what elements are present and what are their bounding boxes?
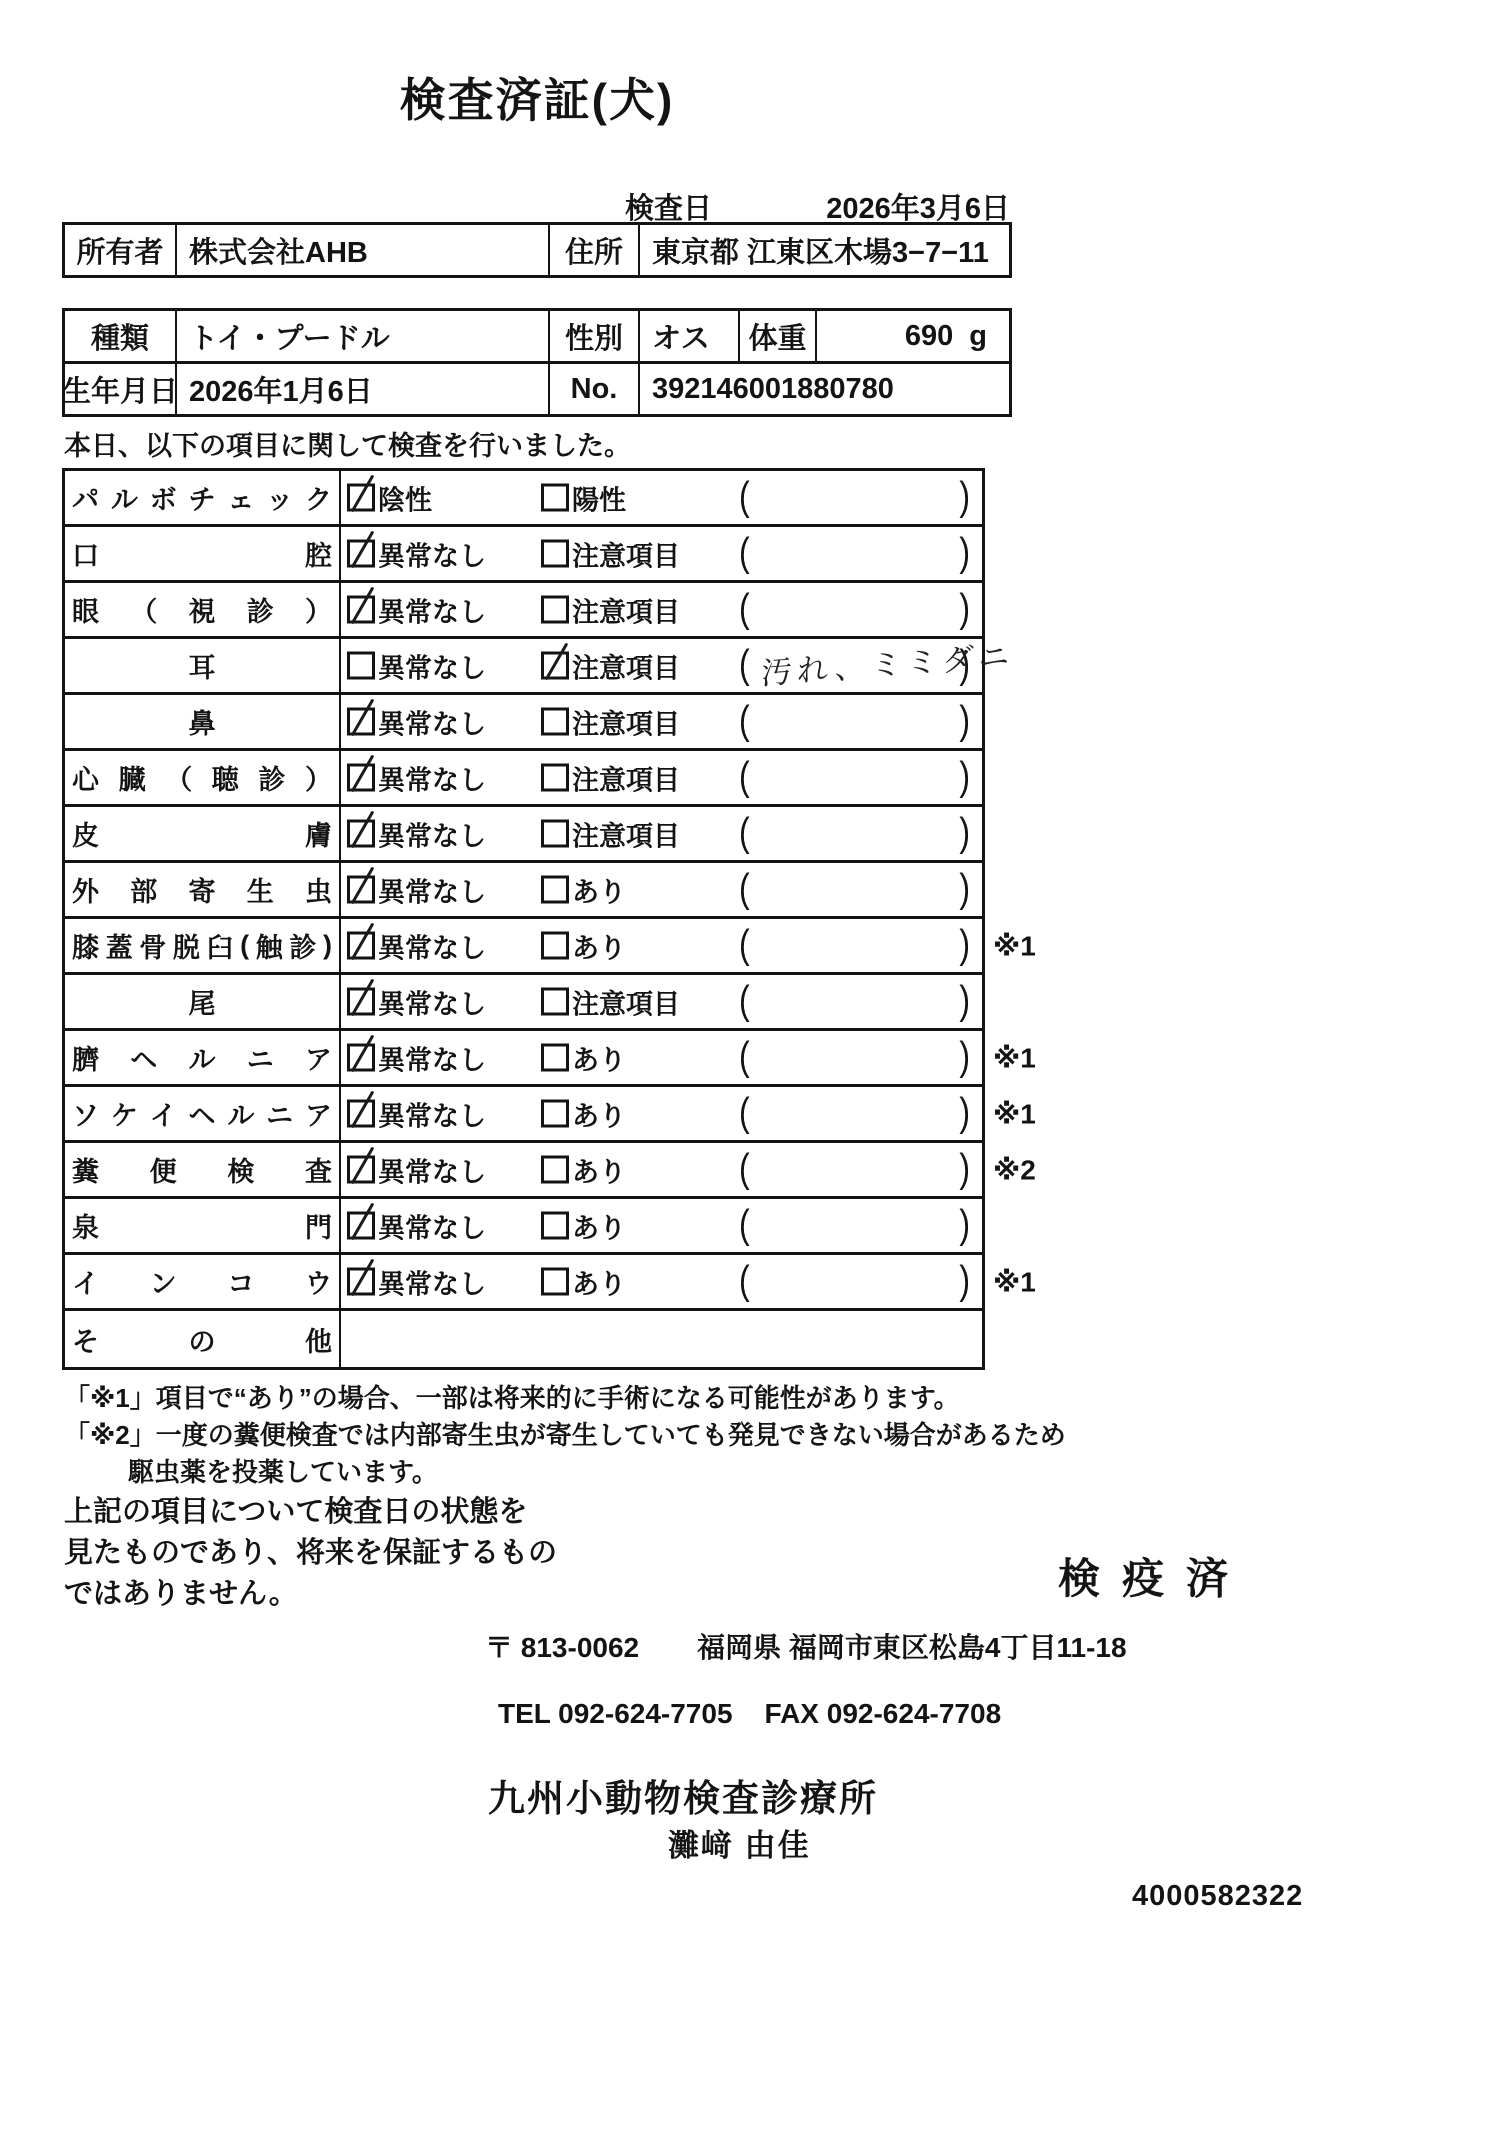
note-open-paren: ( [739, 1033, 750, 1079]
option: 異常なし [347, 926, 486, 965]
note-open-paren: ( [739, 1089, 750, 1135]
option-label: あり [572, 870, 626, 909]
note-close-paren: ) [959, 1089, 970, 1135]
option-label: 異常なし [378, 1206, 486, 1245]
address-value: 東京都 江東区木場3−7−11 [638, 225, 1009, 275]
option-label: 注意項目 [572, 982, 680, 1021]
breed-label: 種類 [65, 311, 175, 361]
clinic-tel: TEL 092-624-7705 [498, 1698, 733, 1729]
checklist-row-content: 異常なし注意項目() [341, 695, 982, 748]
checklist-row-content: 異常なし注意項目() [341, 751, 982, 804]
checklist-item-label: 眼（視診） [65, 583, 341, 636]
note-open-paren: ( [739, 585, 750, 631]
option: 異常なし [347, 758, 486, 797]
option: 異常なし [347, 870, 486, 909]
clinic-postal-line: 〒 813-0062福岡県 福岡市東区松島4丁目11-18 [485, 1626, 1127, 1666]
checklist-row-content: 陰性陽性() [341, 471, 982, 524]
checkbox-empty-icon [541, 820, 569, 848]
checklist-row: 眼（視診） 異常なし注意項目() [65, 583, 982, 639]
option-label: 異常なし [378, 814, 486, 853]
clinic-address: 福岡県 福岡市東区松島4丁目11-18 [697, 1632, 1126, 1663]
checkbox-empty-icon [541, 484, 569, 512]
checklist-item-label: インコウ [65, 1255, 341, 1308]
scanned-inspection-certificate: 検査済証(犬) 検査日 2026年3月6日 所有者 株式会社AHB 住所 東京都… [0, 0, 1512, 2150]
option-label: 注意項目 [572, 590, 680, 629]
sex-label: 性別 [548, 311, 638, 361]
checklist-row-content: 異常なし注意項目() [341, 583, 982, 636]
note-open-paren: ( [739, 809, 750, 855]
checklist-row-content: 異常なしあり() [341, 863, 982, 916]
option: 異常なし [347, 1038, 486, 1077]
checklist-item-label: パルボチェック [65, 471, 341, 524]
clinic-tel-line: TEL 092-624-7705FAX 092-624-7708 [498, 1698, 1001, 1730]
checkbox-checked-icon [347, 596, 375, 624]
option-label: 注意項目 [572, 758, 680, 797]
checklist-row: 口腔 異常なし注意項目() [65, 527, 982, 583]
checklist-row: インコウ 異常なしあり() ※1 [65, 1255, 982, 1311]
checklist-row: 耳 異常なし注意項目()汚れ、ミミダニ [65, 639, 982, 695]
weight-unit: g [969, 320, 987, 353]
weight-label: 体重 [738, 311, 815, 361]
footnote-marker: ※2 [993, 1153, 1036, 1186]
option-label: 注意項目 [572, 646, 680, 685]
checklist-row: その他 [65, 1311, 982, 1367]
option-label: あり [572, 1038, 626, 1077]
checklist-item-label: 膝蓋骨脱臼(触診) [65, 919, 341, 972]
checklist-row-content: 異常なしあり() [341, 1199, 982, 1252]
option: 注意項目 [541, 646, 680, 685]
checkbox-empty-icon [541, 932, 569, 960]
note-close-paren: ) [959, 865, 970, 911]
inspection-date-label: 検査日 [625, 186, 712, 227]
inspection-date-row: 検査日 2026年3月6日 [62, 186, 1012, 222]
option-label: 異常なし [378, 1038, 486, 1077]
option: 異常なし [347, 814, 486, 853]
note-open-paren: ( [739, 1201, 750, 1247]
disclaimer-line: 見たものであり、将来を保証するもの [64, 1533, 557, 1574]
checkbox-empty-icon [541, 988, 569, 1016]
checkbox-empty-icon [347, 652, 375, 680]
clinic-fax: FAX 092-624-7708 [765, 1698, 1002, 1729]
option: 異常なし [347, 1262, 486, 1301]
option-label: 異常なし [378, 926, 486, 965]
checkbox-checked-icon [541, 652, 569, 680]
note-open-paren: ( [739, 921, 750, 967]
checklist-item-label: 外部寄生虫 [65, 863, 341, 916]
footnote-marker: ※1 [993, 929, 1036, 962]
checklist-item-label: 糞便検査 [65, 1143, 341, 1196]
clinic-name: 九州小動物検査診療所 [488, 1768, 878, 1822]
note-close-paren: ) [959, 585, 970, 631]
checkbox-checked-icon [347, 1044, 375, 1072]
checklist-item-label: 臍ヘルニア [65, 1031, 341, 1084]
checkbox-checked-icon [347, 1212, 375, 1240]
note-close-paren: ) [959, 977, 970, 1023]
checklist-row: 心臓（聴診） 異常なし注意項目() [65, 751, 982, 807]
checkbox-empty-icon [541, 876, 569, 904]
checklist-row: 鼻 異常なし注意項目() [65, 695, 982, 751]
option: 異常なし [347, 982, 486, 1021]
option: 陽性 [541, 478, 626, 517]
note-close-paren: ) [959, 529, 970, 575]
option: あり [541, 1150, 626, 1189]
checklist-row-content: 異常なしあり() [341, 1255, 982, 1308]
note-open-paren: ( [739, 865, 750, 911]
weight-value-cell: 690 g [815, 311, 1009, 361]
note-open-paren: ( [739, 641, 750, 687]
no-value: 392146001880780 [638, 364, 1009, 414]
checklist-row-content: 異常なしあり() [341, 1031, 982, 1084]
owner-label: 所有者 [65, 225, 175, 275]
footnote-marker: ※1 [993, 1041, 1036, 1074]
checkbox-checked-icon [347, 932, 375, 960]
checkbox-checked-icon [347, 484, 375, 512]
note-open-paren: ( [739, 1145, 750, 1191]
option-label: 異常なし [378, 1094, 486, 1133]
checkbox-empty-icon [541, 764, 569, 792]
note-open-paren: ( [739, 753, 750, 799]
disclaimer-statement: 上記の項目について検査日の状態を見たものであり、将来を保証するものではありません… [64, 1492, 557, 1615]
option: あり [541, 870, 626, 909]
checklist-row: 膝蓋骨脱臼(触診) 異常なしあり() ※1 [65, 919, 982, 975]
checkbox-checked-icon [347, 540, 375, 568]
checklist-item-label: 口腔 [65, 527, 341, 580]
option: 異常なし [347, 702, 486, 741]
no-label: No. [548, 364, 638, 414]
checklist-table: パルボチェック 陰性陽性() 口腔 異常なし注意項目() 眼（視診） 異常なし注… [62, 468, 985, 1370]
checklist-item-label: 鼻 [65, 695, 341, 748]
option: あり [541, 1094, 626, 1133]
option: 注意項目 [541, 702, 680, 741]
option-label: 注意項目 [572, 702, 680, 741]
note-open-paren: ( [739, 697, 750, 743]
checkbox-empty-icon [541, 1268, 569, 1296]
option-label: 異常なし [378, 982, 486, 1021]
owner-table: 所有者 株式会社AHB 住所 東京都 江東区木場3−7−11 [62, 222, 1012, 278]
checkbox-empty-icon [541, 1212, 569, 1240]
option-label: あり [572, 1262, 626, 1301]
checkbox-checked-icon [347, 764, 375, 792]
option: 異常なし [347, 590, 486, 629]
inspection-date-value: 2026年3月6日 [826, 186, 1010, 227]
option-label: 注意項目 [572, 814, 680, 853]
checklist-row-content: 異常なし注意項目() [341, 527, 982, 580]
note-open-paren: ( [739, 977, 750, 1023]
note-close-paren: ) [959, 697, 970, 743]
checklist-row: 糞便検査 異常なしあり() ※2 [65, 1143, 982, 1199]
footnotes: 「※1」項目で“あり”の場合、一部は将来的に手術になる可能性があります。「※2」… [64, 1380, 1066, 1491]
checklist-row: パルボチェック 陰性陽性() [65, 471, 982, 527]
checkbox-checked-icon [347, 876, 375, 904]
checklist-item-label: 皮膚 [65, 807, 341, 860]
serial-number: 4000582322 [1132, 1880, 1303, 1913]
checkbox-empty-icon [541, 596, 569, 624]
checklist-item-label: ソケイヘルニア [65, 1087, 341, 1140]
checklist-row: 皮膚 異常なし注意項目() [65, 807, 982, 863]
option: 注意項目 [541, 982, 680, 1021]
option-label: 陰性 [378, 478, 432, 517]
sex-value: オス [638, 311, 738, 361]
note-open-paren: ( [739, 1257, 750, 1303]
page-title: 検査済証(犬) [62, 64, 1012, 130]
checklist-row-content: 異常なしあり() [341, 1143, 982, 1196]
option: あり [541, 1206, 626, 1245]
option: 異常なし [347, 1150, 486, 1189]
checkbox-empty-icon [541, 1156, 569, 1184]
footnote-line: 駆虫薬を投薬しています。 [64, 1454, 1066, 1491]
checklist-row-content: 異常なしあり() [341, 1087, 982, 1140]
checklist-row-content: 異常なし注意項目()汚れ、ミミダニ [341, 639, 982, 692]
option-label: あり [572, 1150, 626, 1189]
checkbox-empty-icon [541, 1044, 569, 1072]
note-close-paren: ) [959, 753, 970, 799]
checklist-row: 臍ヘルニア 異常なしあり() ※1 [65, 1031, 982, 1087]
option: 注意項目 [541, 590, 680, 629]
option-label: あり [572, 1094, 626, 1133]
checkbox-checked-icon [347, 820, 375, 848]
option-label: 異常なし [378, 1262, 486, 1301]
breed-value: トイ・プードル [175, 311, 548, 361]
option-label: 注意項目 [572, 534, 680, 573]
checklist-item-label: その他 [65, 1311, 341, 1367]
option-label: 異常なし [378, 646, 486, 685]
checkbox-empty-icon [541, 708, 569, 736]
birth-label: 生年月日 [65, 364, 175, 414]
checklist-row: 泉門 異常なしあり() [65, 1199, 982, 1255]
checkbox-checked-icon [347, 1156, 375, 1184]
option-label: あり [572, 926, 626, 965]
footnote-marker: ※1 [993, 1097, 1036, 1130]
note-close-paren: ) [959, 473, 970, 519]
option-label: 異常なし [378, 1150, 486, 1189]
option-label: あり [572, 1206, 626, 1245]
note-close-paren: ) [959, 1033, 970, 1079]
animal-table: 種類 トイ・プードル 性別 オス 体重 690 g 生年月日 2026年1月6日… [62, 308, 1012, 417]
footnote-line: 「※2」一度の糞便検査では内部寄生虫が寄生していても発見できない場合があるため [64, 1417, 1066, 1454]
note-close-paren: ) [959, 1145, 970, 1191]
checkbox-empty-icon [541, 1100, 569, 1128]
owner-value: 株式会社AHB [175, 225, 548, 275]
handwritten-note: 汚れ、ミミダニ [760, 633, 971, 693]
checkbox-checked-icon [347, 708, 375, 736]
footnote-line: 「※1」項目で“あり”の場合、一部は将来的に手術になる可能性があります。 [64, 1380, 1066, 1417]
note-close-paren: ) [959, 921, 970, 967]
checklist-row: ソケイヘルニア 異常なしあり() ※1 [65, 1087, 982, 1143]
checklist-item-label: 心臓（聴診） [65, 751, 341, 804]
checklist-row-content: 異常なし注意項目() [341, 807, 982, 860]
option: 注意項目 [541, 758, 680, 797]
option: 陰性 [347, 478, 432, 517]
note-close-paren: ) [959, 1257, 970, 1303]
address-label: 住所 [548, 225, 638, 275]
option: 注意項目 [541, 814, 680, 853]
note-open-paren: ( [739, 529, 750, 575]
note-close-paren: ) [959, 809, 970, 855]
option: 異常なし [347, 1094, 486, 1133]
note-close-paren: ) [959, 1201, 970, 1247]
option: 異常なし [347, 534, 486, 573]
option: あり [541, 1262, 626, 1301]
checkbox-checked-icon [347, 1268, 375, 1296]
checkbox-checked-icon [347, 988, 375, 1016]
checklist-item-label: 耳 [65, 639, 341, 692]
checklist-row-content: 異常なし注意項目() [341, 975, 982, 1028]
checklist-row: 尾 異常なし注意項目() [65, 975, 982, 1031]
option-label: 異常なし [378, 534, 486, 573]
birth-value: 2026年1月6日 [175, 364, 548, 414]
footnote-marker: ※1 [993, 1265, 1036, 1298]
option-label: 異常なし [378, 758, 486, 797]
option: 異常なし [347, 646, 486, 685]
checklist-item-label: 泉門 [65, 1199, 341, 1252]
checklist-row-content: 異常なしあり() [341, 919, 982, 972]
option-label: 異常なし [378, 590, 486, 629]
weight-value: 690 [905, 320, 953, 353]
clinic-postal: 〒 813-0062 [485, 1632, 639, 1663]
disclaimer-line: ではありません。 [64, 1574, 557, 1615]
checklist-item-label: 尾 [65, 975, 341, 1028]
option-label: 陽性 [572, 478, 626, 517]
checkbox-empty-icon [541, 540, 569, 568]
option-label: 異常なし [378, 870, 486, 909]
checklist-row-content [341, 1311, 982, 1367]
option: あり [541, 1038, 626, 1077]
option: 注意項目 [541, 534, 680, 573]
checkbox-checked-icon [347, 1100, 375, 1128]
disclaimer-line: 上記の項目について検査日の状態を [64, 1492, 557, 1533]
note-open-paren: ( [739, 473, 750, 519]
intro-sentence: 本日、以下の項目に関して検査を行いました。 [64, 424, 631, 463]
checklist-row: 外部寄生虫 異常なしあり() [65, 863, 982, 919]
option-label: 異常なし [378, 702, 486, 741]
option: 異常なし [347, 1206, 486, 1245]
veterinarian-name: 灘﨑 由佳 [668, 1820, 811, 1865]
quarantine-stamp: 検疫済 [1058, 1546, 1250, 1606]
option: あり [541, 926, 626, 965]
